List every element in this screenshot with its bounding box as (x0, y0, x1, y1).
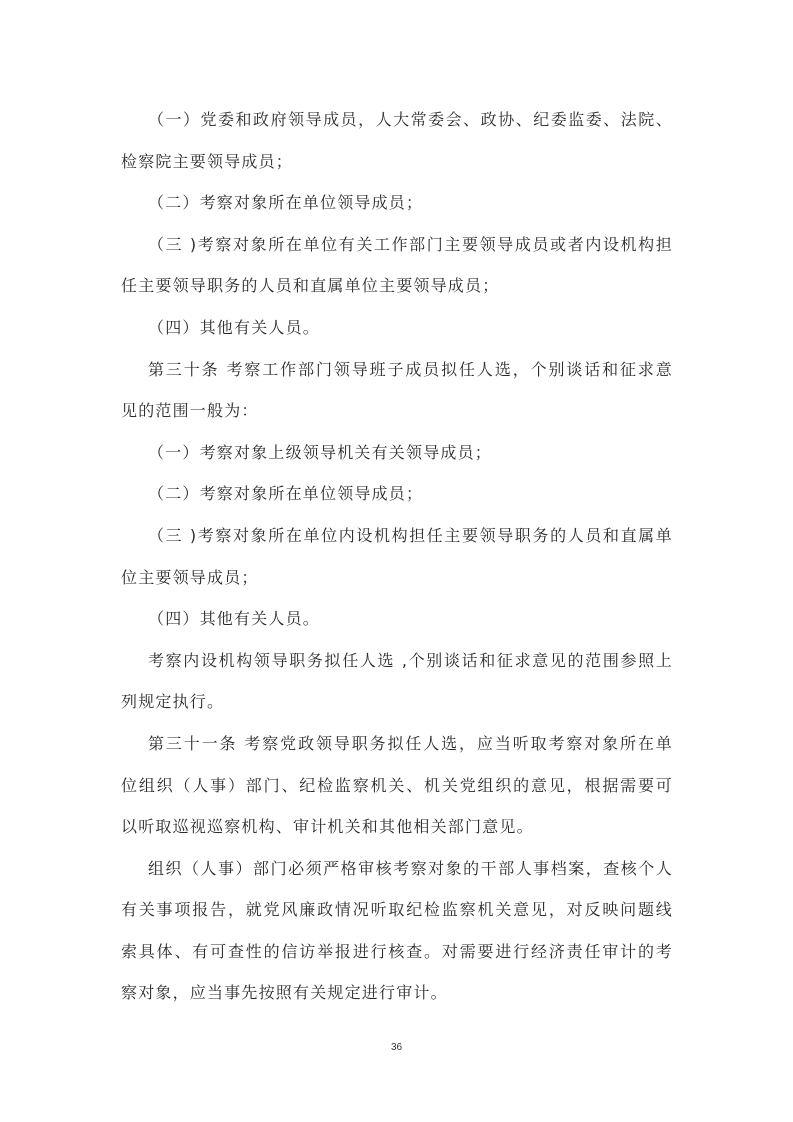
text-line: 有关事项报告，就党风廉政情况听取纪检监察机关意见，对反映问题线 (121, 889, 673, 931)
list-item-3-department-leaders: （三 )考察对象所在单位有关工作部门主要领导成员或者内设机构担 任主要领导职务的… (121, 224, 673, 307)
text-line: （三 )考察对象所在单位有关工作部门主要领导成员或者内设机构担 (121, 224, 673, 266)
text-line: （四）其他有关人员。 (121, 598, 673, 640)
text-line: 位主要领导成员； (121, 557, 673, 599)
list-item-4-others: （四）其他有关人员。 (121, 307, 673, 349)
article-30-item-3: （三 )考察对象所在单位内设机构担任主要领导职务的人员和直属单 位主要领导成员； (121, 515, 673, 598)
list-item-1-party-gov-leaders: （一）党委和政府领导成员，人大常委会、政协、纪委监委、法院、 检察院主要领导成员… (121, 99, 673, 182)
article-30-item-4: （四）其他有关人员。 (121, 598, 673, 640)
article-30: 第三十条 考察工作部门领导班子成员拟任人选，个别谈话和征求意 见的范围一般为： (121, 349, 673, 432)
text-line: 位组织（人事）部门、纪检监察机关、机关党组织的意见，根据需要可 (121, 765, 673, 807)
article-31: 第三十一条 考察党政领导职务拟任人选，应当听取考察对象所在单 位组织（人事）部门… (121, 723, 673, 848)
text-line: 检察院主要领导成员； (121, 141, 673, 183)
article-30-item-2: （二）考察对象所在单位领导成员； (121, 473, 673, 515)
text-line: 索具体、有可查性的信访举报进行核查。对需要进行经济责任审计的考 (121, 931, 673, 973)
text-line: 组织（人事）部门必须严格审核考察对象的干部人事档案，查核个人 (121, 848, 673, 890)
document-body: （一）党委和政府领导成员，人大常委会、政协、纪委监委、法院、 检察院主要领导成员… (121, 99, 673, 1014)
text-line: 察对象，应当事先按照有关规定进行审计。 (121, 972, 673, 1014)
article-30-item-1: （一）考察对象上级领导机关有关领导成员； (121, 432, 673, 474)
text-line: （二）考察对象所在单位领导成员； (121, 182, 673, 224)
text-line: （一）考察对象上级领导机关有关领导成员； (121, 432, 673, 474)
page-number: 36 (0, 1040, 793, 1056)
text-line: 以听取巡视巡察机构、审计机关和其他相关部门意见。 (121, 806, 673, 848)
text-line: （一）党委和政府领导成员，人大常委会、政协、纪委监委、法院、 (121, 99, 673, 141)
text-line: 考察内设机构领导职务拟任人选 ,个别谈话和征求意见的范围参照上 (121, 640, 673, 682)
text-line: 列规定执行。 (121, 681, 673, 723)
text-line: （三 )考察对象所在单位内设机构担任主要领导职务的人员和直属单 (121, 515, 673, 557)
document-page: （一）党委和政府领导成员，人大常委会、政协、纪委监委、法院、 检察院主要领导成员… (0, 0, 793, 1122)
text-line: 第三十一条 考察党政领导职务拟任人选，应当听取考察对象所在单 (121, 723, 673, 765)
text-line: （四）其他有关人员。 (121, 307, 673, 349)
internal-institution-note: 考察内设机构领导职务拟任人选 ,个别谈话和征求意见的范围参照上 列规定执行。 (121, 640, 673, 723)
list-item-2-unit-leaders: （二）考察对象所在单位领导成员； (121, 182, 673, 224)
text-line: 任主要领导职务的人员和直属单位主要领导成员； (121, 265, 673, 307)
text-line: 见的范围一般为： (121, 390, 673, 432)
text-line: 第三十条 考察工作部门领导班子成员拟任人选，个别谈话和征求意 (121, 349, 673, 391)
text-line: （二）考察对象所在单位领导成员； (121, 473, 673, 515)
personnel-file-review: 组织（人事）部门必须严格审核考察对象的干部人事档案，查核个人 有关事项报告，就党… (121, 848, 673, 1014)
